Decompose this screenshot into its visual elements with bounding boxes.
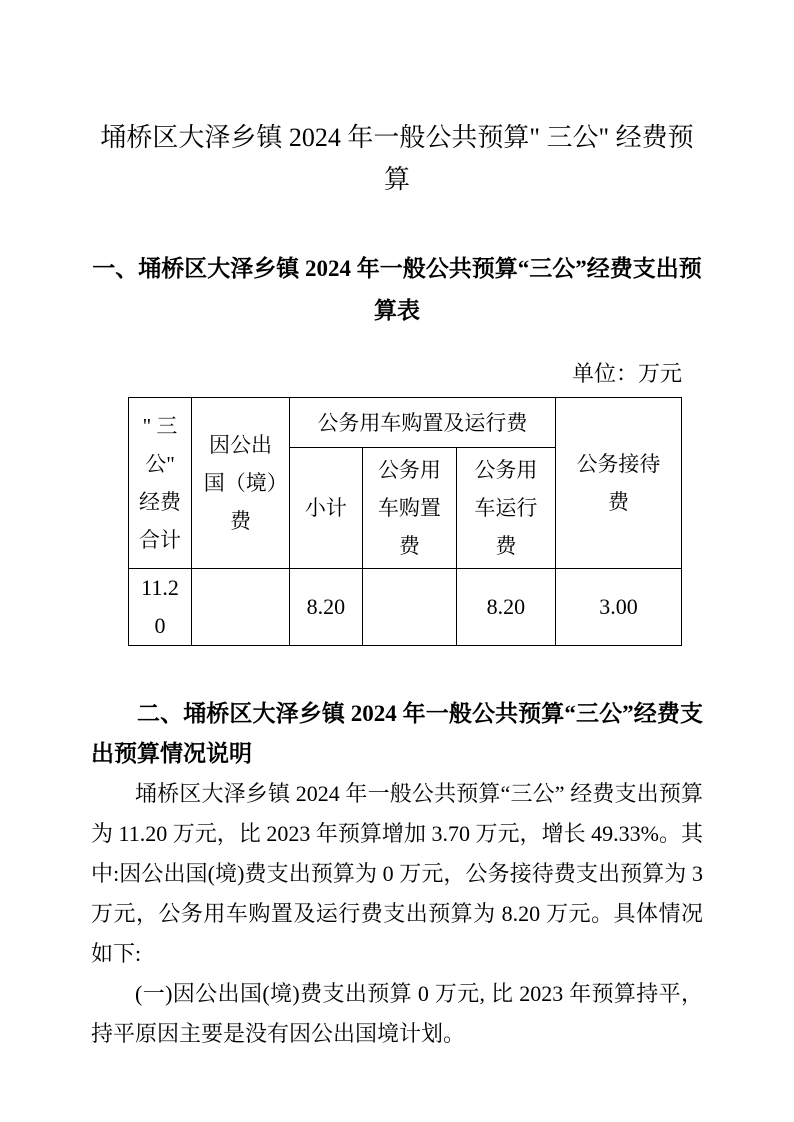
data-cell-vehicle-subtotal: 8.20 <box>289 569 362 646</box>
header-cell-vehicle-operation: 公务用车运行费 <box>456 448 555 569</box>
data-cell-reception-fee: 3.00 <box>555 569 681 646</box>
section-2-paragraph-1: 埇桥区大泽乡镇 2024 年一般公共预算“三公” 经费支出预算为 11.20 万… <box>91 774 703 974</box>
data-cell-vehicle-purchase <box>362 569 456 646</box>
unit-label: 单位：万元 <box>91 360 703 388</box>
header-cell-reception-fee: 公务接待费 <box>555 398 681 569</box>
section-1-heading: 一、埇桥区大泽乡镇 2024 年一般公共预算“三公”经费支出预算表 <box>91 248 703 332</box>
header-cell-vehicle-group: 公务用车购置及运行费 <box>289 398 555 448</box>
table-data-row: 11.20 8.20 8.20 3.00 <box>129 569 682 646</box>
budget-table: " 三公" 经费合计 因公出国（境）费 公务用车购置及运行费 公务接待费 小计 … <box>128 397 682 646</box>
data-cell-abroad-fee <box>192 569 290 646</box>
section-2-heading: 二、埇桥区大泽乡镇 2024 年一般公共预算“三公”经费支出预算情况说明 <box>91 694 703 774</box>
page-content: 埇桥区大泽乡镇 2024 年一般公共预算" 三公" 经费预算 一、埇桥区大泽乡镇… <box>91 0 703 1054</box>
document-page: 埇桥区大泽乡镇 2024 年一般公共预算" 三公" 经费预算 一、埇桥区大泽乡镇… <box>0 0 794 1122</box>
data-cell-total: 11.20 <box>129 569 192 646</box>
header-cell-vehicle-subtotal: 小计 <box>289 448 362 569</box>
section-2-paragraph-2: (一)因公出国(境)费支出预算 0 万元, 比 2023 年预算持平，持平原因主… <box>91 974 703 1054</box>
header-cell-abroad-fee: 因公出国（境）费 <box>192 398 290 569</box>
header-cell-vehicle-purchase: 公务用车购置费 <box>362 448 456 569</box>
table-header-row-1: " 三公" 经费合计 因公出国（境）费 公务用车购置及运行费 公务接待费 <box>129 398 682 448</box>
document-title: 埇桥区大泽乡镇 2024 年一般公共预算" 三公" 经费预算 <box>91 117 703 201</box>
header-cell-total: " 三公" 经费合计 <box>129 398 192 569</box>
data-cell-vehicle-operation: 8.20 <box>456 569 555 646</box>
